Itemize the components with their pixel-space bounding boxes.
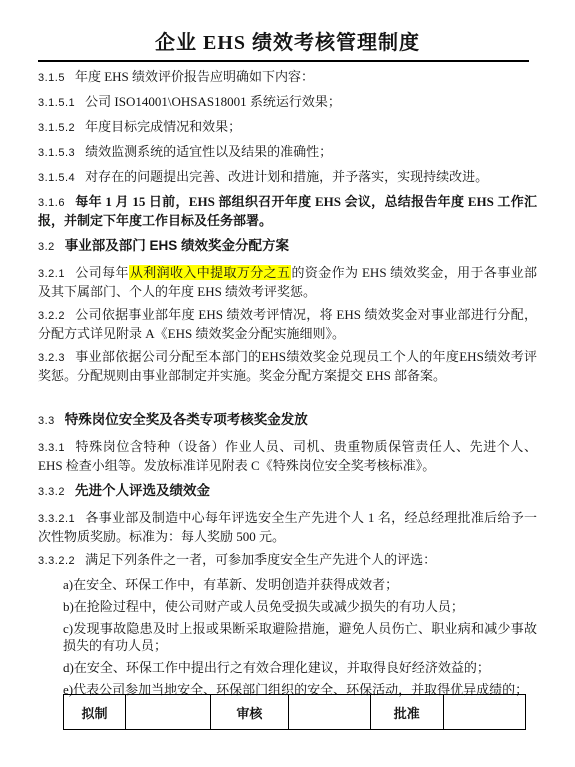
clause-number: 3.1.5.1 — [38, 97, 85, 109]
clause-text: 公司 ISO14001\OHSAS18001 系统运行效果； — [85, 94, 341, 109]
clause-number: 3.3.1 — [38, 442, 75, 454]
clause-number: 3.2 — [38, 241, 65, 253]
clause-number: 3.3.2 — [38, 486, 75, 498]
para-3-1-5: 3.1.5年度 EHS 绩效评价报告应明确如下内容： — [38, 68, 537, 87]
para-3-2-1: 3.2.1公司每年从利润收入中提取万分之五的资金作为 EHS 绩效奖金，用于各事… — [38, 264, 537, 300]
clause-number: 3.1.5.2 — [38, 122, 85, 134]
document-title: 企业 EHS 绩效考核管理制度 — [38, 30, 537, 56]
clause-text: 绩效监测系统的适宜性以及结果的准确性； — [85, 144, 332, 159]
approval-value-drafted — [125, 695, 210, 730]
para-3-3-2-2: 3.3.2.2满足下列条件之一者，可参加季度安全生产先进个人的评选： — [38, 551, 537, 570]
para-3-2-2: 3.2.2公司依据事业部年度 EHS 绩效考评情况，将 EHS 绩效奖金对事业部… — [38, 306, 537, 342]
clause-number: 3.2.2 — [38, 310, 75, 322]
clause-text: 各事业部及制造中心每年评选安全生产先进个人 1 名，经总经理批准后给予一次性物质… — [38, 510, 537, 544]
heading-3-3-2: 3.3.2先进个人评选及绩效金 — [38, 482, 537, 501]
approval-value-approved — [443, 695, 525, 730]
clause-number: 3.1.6 — [38, 197, 75, 209]
para-3-3-2-1: 3.3.2.1各事业部及制造中心每年评选安全生产先进个人 1 名，经总经理批准后… — [38, 509, 537, 545]
clause-text: 事业部依据公司分配至本部门的EHS绩效奖金兑现员工个人的年度EHS绩效考评奖惩。… — [38, 349, 537, 383]
approval-label-drafted: 拟制 — [64, 695, 126, 730]
approval-value-reviewed — [288, 695, 370, 730]
document-content: 企业 EHS 绩效考核管理制度 3.1.5年度 EHS 绩效评价报告应明确如下内… — [0, 0, 575, 698]
para-3-2-3: 3.2.3事业部依据公司分配至本部门的EHS绩效奖金兑现员工个人的年度EHS绩效… — [38, 348, 537, 384]
heading-3-2: 3.2事业部及部门 EHS 绩效奖金分配方案 — [38, 237, 537, 256]
clause-number: 3.1.5 — [38, 72, 75, 84]
clause-text: 公司每年 — [75, 265, 129, 280]
clause-number: 3.1.5.4 — [38, 172, 85, 184]
heading-text: 事业部及部门 EHS 绩效奖金分配方案 — [65, 238, 289, 253]
clause-number: 3.2.1 — [38, 268, 75, 280]
clause-number: 3.3.2.2 — [38, 555, 85, 567]
clause-number: 3.3 — [38, 415, 65, 427]
heading-text: 先进个人评选及绩效金 — [75, 483, 210, 498]
approval-label-approved: 批准 — [370, 695, 443, 730]
clause-text: 对存在的问题提出完善、改进计划和措施，并予落实，实现持续改进。 — [85, 169, 488, 184]
para-3-3-1: 3.3.1特殊岗位含特种（设备）作业人员、司机、贵重物质保管责任人、先进个人、E… — [38, 438, 537, 474]
para-3-1-5-4: 3.1.5.4对存在的问题提出完善、改进计划和措施，并予落实，实现持续改进。 — [38, 168, 537, 187]
highlighted-text: 从利润收入中提取万分之五 — [129, 265, 292, 280]
approval-label-reviewed: 审核 — [210, 695, 288, 730]
document-page: 企业 EHS 绩效考核管理制度 3.1.5年度 EHS 绩效评价报告应明确如下内… — [0, 0, 575, 767]
list-item-d: d)在安全、环保工作中提出行之有效合理化建议，并取得良好经济效益的； — [38, 659, 537, 676]
approval-table: 拟制 审核 批准 — [63, 694, 526, 730]
clause-number: 3.1.5.3 — [38, 147, 85, 159]
heading-3-3: 3.3特殊岗位安全奖及各类专项考核奖金发放 — [38, 411, 537, 430]
para-3-1-6: 3.1.6每年 1 月 15 日前，EHS 部组织召开年度 EHS 会议，总结报… — [38, 193, 537, 229]
clause-text: 特殊岗位含特种（设备）作业人员、司机、贵重物质保管责任人、先进个人、EHS 检查… — [38, 439, 537, 473]
list-item-a: a)在安全、环保工作中，有革新、发明创造并获得成效者； — [38, 576, 537, 593]
para-3-1-5-1: 3.1.5.1公司 ISO14001\OHSAS18001 系统运行效果； — [38, 93, 537, 112]
clause-text: 每年 1 月 15 日前，EHS 部组织召开年度 EHS 会议，总结报告年度 E… — [38, 194, 537, 228]
clause-text: 满足下列条件之一者，可参加季度安全生产先进个人的评选： — [85, 552, 436, 567]
list-item-c: c)发现事故隐患及时上报或果断采取避险措施，避免人员伤亡、职业病和减少事故损失的… — [38, 620, 537, 654]
clause-text: 年度目标完成情况和效果； — [85, 119, 241, 134]
clause-number: 3.3.2.1 — [38, 513, 85, 525]
clause-text: 公司依据事业部年度 EHS 绩效考评情况，将 EHS 绩效奖金对事业部进行分配，… — [38, 307, 537, 341]
clause-number: 3.2.3 — [38, 352, 75, 364]
para-3-1-5-2: 3.1.5.2年度目标完成情况和效果； — [38, 118, 537, 137]
clause-text: 年度 EHS 绩效评价报告应明确如下内容： — [75, 69, 314, 84]
list-item-b: b)在抢险过程中，使公司财产或人员免受损失或减少损失的有功人员； — [38, 598, 537, 615]
title-divider — [38, 60, 529, 62]
para-3-1-5-3: 3.1.5.3绩效监测系统的适宜性以及结果的准确性； — [38, 143, 537, 162]
heading-text: 特殊岗位安全奖及各类专项考核奖金发放 — [65, 412, 308, 427]
